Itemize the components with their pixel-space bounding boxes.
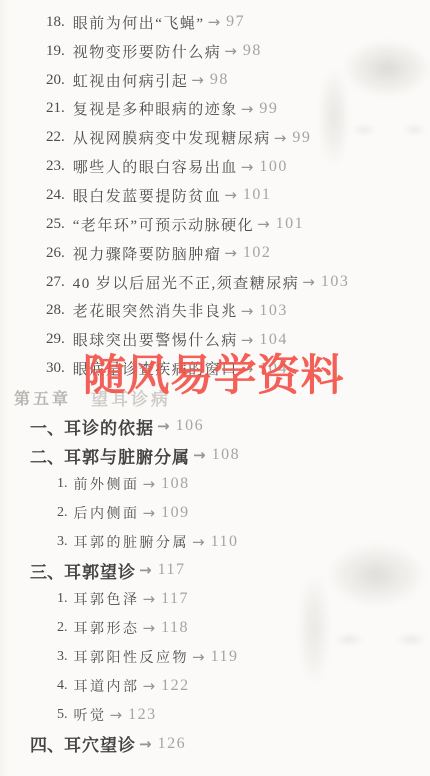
- toc-entry-page: 98: [210, 71, 229, 89]
- chapter-label: 第五章: [14, 386, 71, 409]
- toc-row: 25.“老年环”可预示动脉硬化→101: [0, 210, 430, 239]
- toc-entry-page: 99: [259, 100, 278, 118]
- toc-entry-title: 耳郭形态: [74, 618, 140, 638]
- toc-entry-number: 25.: [46, 216, 65, 233]
- toc-row: 一、耳诊的依据→106: [0, 412, 430, 441]
- page-background: 18.眼前为何出“飞蝇”→9719.视物变形要防什么病→9820.虹视由何病引起…: [0, 0, 430, 776]
- arrow-icon: →: [241, 158, 254, 176]
- arrow-icon: →: [192, 533, 205, 551]
- toc-entry-page: 99: [292, 129, 311, 147]
- toc-entry-page: 106: [176, 417, 205, 435]
- toc-entry-title: 耳郭阳性反应物: [74, 647, 190, 667]
- toc-row: 20.虹视由何病引起→98: [0, 66, 430, 95]
- arrow-icon: →: [208, 13, 221, 31]
- toc-row: 1.前外侧面→108: [0, 470, 430, 499]
- toc-row: 23.哪些人的眼白容易出血→100: [0, 152, 430, 181]
- arrow-icon: →: [143, 677, 156, 695]
- toc-entry-number: 5.: [57, 707, 68, 723]
- toc-entry-number: 18.: [46, 14, 65, 31]
- arrow-icon: →: [192, 648, 205, 666]
- toc-entry-title: 从视网膜病变中发现糖尿病: [73, 127, 271, 148]
- toc-entry-number: 3.: [57, 534, 68, 550]
- arrow-icon: →: [139, 561, 152, 579]
- toc-entry-title: 复视是多种眼病的迹象: [73, 98, 238, 119]
- toc-entry-page: 108: [161, 475, 190, 493]
- toc-row: 二、耳郭与脏腑分属→108: [0, 441, 430, 470]
- toc-entry-number: 1.: [57, 476, 68, 492]
- arrow-icon: →: [191, 71, 204, 89]
- toc-entry-number: 2.: [57, 505, 68, 521]
- toc-entry-page: 103: [321, 273, 350, 291]
- toc-row: 2.耳郭形态→118: [0, 614, 430, 643]
- toc-entry-page: 104: [259, 331, 288, 349]
- toc-entry-page: 108: [212, 446, 241, 464]
- watermark-text: 随风易学资料: [83, 351, 344, 403]
- toc-entry-number: 21.: [46, 100, 65, 117]
- arrow-icon: →: [257, 215, 270, 233]
- toc-entry-page: 98: [243, 42, 262, 60]
- arrow-icon: →: [193, 446, 206, 464]
- toc-row: 24.眼白发蓝要提防贫血→101: [0, 181, 430, 210]
- toc-row: 19.视物变形要防什么病→98: [0, 37, 430, 66]
- toc-row: 28.老花眼突然消失非良兆→103: [0, 296, 430, 325]
- arrow-icon: →: [110, 706, 123, 724]
- toc-entry-page: 102: [243, 244, 272, 262]
- toc-entry-title: 40 岁以后屈光不正,须查糖尿病: [73, 272, 300, 293]
- toc-row: 1.耳郭色泽→117: [0, 585, 430, 614]
- toc-entry-page: 103: [259, 302, 288, 320]
- toc-entry-page: 119: [211, 648, 239, 666]
- toc-entry-number: 一、: [30, 414, 64, 439]
- toc-entry-number: 20.: [46, 72, 65, 89]
- toc-entry-title: 耳郭的脏腑分属: [74, 532, 190, 552]
- toc-entry-number: 19.: [46, 43, 65, 60]
- toc-entry-page: 126: [158, 735, 187, 753]
- toc-row: 29.眼球突出要警惕什么病→104: [0, 325, 430, 354]
- toc-row: 18.眼前为何出“飞蝇”→97: [0, 8, 430, 37]
- toc-entry-title: 眼球突出要警惕什么病: [73, 329, 238, 350]
- toc-row: 四、耳穴望诊→126: [0, 729, 430, 758]
- toc-entry-page: 109: [161, 504, 190, 522]
- toc-entry-page: 122: [161, 677, 190, 695]
- toc-entry-page: 118: [161, 619, 189, 637]
- scanned-book-page: { "watermark": { "text": "随风易学资料", "colo…: [0, 0, 430, 776]
- toc-entry-number: 二、: [30, 443, 64, 468]
- toc-entry-number: 三、: [30, 558, 64, 583]
- toc-row: 22.从视网膜病变中发现糖尿病→99: [0, 123, 430, 152]
- arrow-icon: →: [241, 302, 254, 320]
- toc-entry-page: 97: [226, 13, 245, 31]
- toc-entry-page: 101: [243, 186, 272, 204]
- arrow-icon: →: [224, 42, 237, 60]
- arrow-icon: →: [302, 273, 315, 291]
- toc-entry-number: 29.: [46, 331, 65, 348]
- toc-entry-number: 23.: [46, 158, 65, 175]
- toc-entry-page: 123: [128, 706, 157, 724]
- arrow-icon: →: [143, 475, 156, 493]
- toc-row: 5.听觉→123: [0, 700, 430, 729]
- arrow-icon: →: [224, 244, 237, 262]
- toc-entry-page: 110: [211, 533, 239, 551]
- toc-row: 3.耳郭阳性反应物→119: [0, 643, 430, 672]
- toc-entry-number: 4.: [57, 678, 68, 694]
- toc-entry-title: 老花眼突然消失非良兆: [73, 300, 238, 321]
- toc-entry-page: 100: [259, 158, 288, 176]
- toc-entry-page: 117: [161, 590, 189, 608]
- toc-row: 3.耳郭的脏腑分属→110: [0, 527, 430, 556]
- toc-entry-title: 视力骤降要防脑肿瘤: [73, 243, 222, 264]
- toc-entry-title: 听觉: [74, 705, 107, 725]
- toc-entry-title: “老年环”可预示动脉硬化: [73, 214, 254, 235]
- arrow-icon: →: [241, 100, 254, 118]
- toc-entry-title: 哪些人的眼白容易出血: [73, 156, 238, 177]
- toc-row: 21.复视是多种眼病的迹象→99: [0, 95, 430, 124]
- toc-entry-title: 耳穴望诊: [64, 731, 136, 756]
- toc-entry-page: 117: [158, 561, 186, 579]
- toc-row: 26.视力骤降要防脑肿瘤→102: [0, 239, 430, 268]
- toc-entry-title: 耳郭色泽: [74, 589, 140, 609]
- toc-entry-number: 26.: [46, 245, 65, 262]
- toc-entry-title: 前外侧面: [74, 474, 140, 494]
- toc-entry-title: 虹视由何病引起: [73, 70, 189, 91]
- toc-entry-number: 28.: [46, 302, 65, 319]
- toc-entry-number: 3.: [57, 649, 68, 665]
- toc-entry-number: 30.: [46, 360, 65, 377]
- toc-entry-title: 眼前为何出“飞蝇”: [73, 12, 205, 33]
- arrow-icon: →: [224, 186, 237, 204]
- arrow-icon: →: [143, 619, 156, 637]
- toc-entry-title: 视物变形要防什么病: [73, 41, 222, 62]
- toc-entry-title: 耳郭望诊: [64, 558, 136, 583]
- toc-entry-number: 27.: [46, 274, 65, 291]
- toc-entry-title: 眼白发蓝要提防贫血: [73, 185, 222, 206]
- toc-entry-number: 22.: [46, 129, 65, 146]
- toc-entry-number: 1.: [57, 591, 68, 607]
- arrow-icon: →: [143, 590, 156, 608]
- toc-entry-number: 四、: [30, 731, 64, 756]
- toc-entry-title: 后内侧面: [74, 503, 140, 523]
- toc-row: 三、耳郭望诊→117: [0, 556, 430, 585]
- toc-entry-number: 24.: [46, 187, 65, 204]
- toc-entry-title: 耳郭与脏腑分属: [64, 443, 190, 468]
- arrow-icon: →: [143, 504, 156, 522]
- arrow-icon: →: [139, 735, 152, 753]
- arrow-icon: →: [157, 417, 170, 435]
- toc-entry-title: 耳道内部: [74, 676, 140, 696]
- toc-entry-number: 2.: [57, 620, 68, 636]
- toc-entry-title: 耳诊的依据: [64, 414, 154, 439]
- toc-row: 27.40 岁以后屈光不正,须查糖尿病→103: [0, 268, 430, 297]
- arrow-icon: →: [241, 331, 254, 349]
- toc-row: 2.后内侧面→109: [0, 498, 430, 527]
- toc-entry-page: 101: [276, 215, 305, 233]
- arrow-icon: →: [274, 129, 287, 147]
- toc-row: 4.耳道内部→122: [0, 671, 430, 700]
